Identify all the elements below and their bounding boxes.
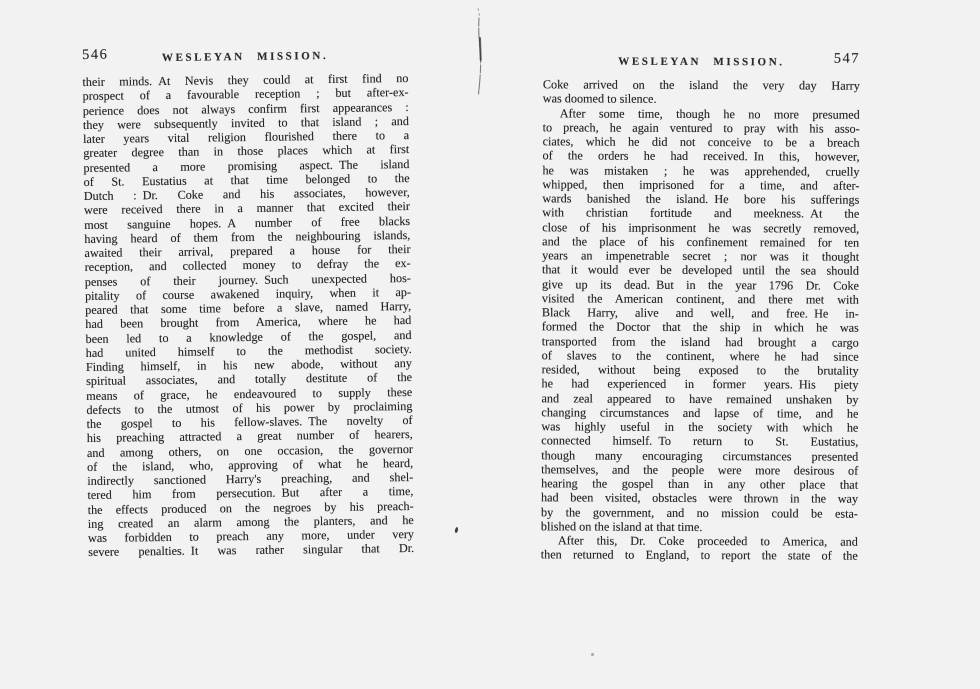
text-line: resided, without being exposed to the br…: [542, 362, 859, 378]
text-line: of the orders he had received. In this, …: [543, 149, 860, 165]
text-line: give up its dead. But in the year 1796 D…: [542, 277, 859, 293]
text-line: that it would ever be developed until th…: [542, 263, 859, 279]
ink-speck: [454, 527, 458, 533]
text-line: close of his imprisonment he was secretl…: [542, 220, 859, 236]
running-header: WESLEYAN MISSION.: [162, 50, 328, 64]
scanned-book-spread: { "colors": { "background": "#f2f2f3", "…: [0, 0, 980, 689]
text-line: and the place of his confinement remaine…: [542, 234, 859, 250]
ink-speck: [591, 653, 594, 656]
text-line: ciates, which he did not conceive to be …: [543, 134, 860, 150]
text-line: of slaves to the continent, where he had…: [542, 348, 859, 364]
text-line: he was mistaken ; he was apprehended, cr…: [542, 163, 859, 179]
binding-crease-mark: [468, 4, 492, 100]
text-line: by the government, and no mission could …: [541, 505, 858, 521]
page-547-header-row: WESLEYAN MISSION. 547: [543, 51, 860, 67]
text-line: then returned to England, to report the …: [541, 548, 858, 564]
page-number: 546: [82, 47, 108, 64]
text-line: to preach, he again ventured to pray wit…: [543, 120, 860, 136]
text-line: severe penalties. It was rather singular…: [88, 541, 414, 559]
page-546-text-column: their minds. At Nevis they could at firs…: [82, 71, 414, 559]
text-line: wards banished the island. He bore his s…: [542, 191, 859, 207]
page-546: 546 WESLEYAN MISSION. their minds. At Ne…: [82, 45, 414, 559]
text-line: with christian fortitude and meekness. A…: [542, 206, 859, 222]
text-line: formed the Doctor that the ship in which…: [542, 320, 859, 336]
text-line: Black Harry, alive and well, and free. H…: [542, 305, 859, 321]
text-line: was doomed to silence.: [543, 92, 860, 108]
text-line: hearing the gospel than in any other pla…: [541, 476, 858, 492]
page-547: WESLEYAN MISSION. 547 Coke arrived on th…: [541, 51, 860, 563]
text-line: whipped, then imprisoned for a time, and…: [542, 177, 859, 193]
text-line: had been visited, obstacles were thrown …: [541, 491, 858, 507]
page-546-header-row: 546 WESLEYAN MISSION.: [82, 45, 408, 64]
text-line: blished on the island at that time.: [541, 519, 858, 535]
text-line: changing circumstances and lapse of time…: [541, 405, 858, 421]
text-line: themselves, and the people were more des…: [541, 462, 858, 478]
running-header: WESLEYAN MISSION.: [618, 56, 784, 69]
page-547-text-column: Coke arrived on the island the very day …: [541, 77, 860, 563]
text-line: After this, Dr. Coke proceeded to Americ…: [541, 533, 858, 549]
text-line: he had experienced in former years. His …: [542, 377, 859, 393]
text-line: connected himself. To return to St. Eust…: [541, 434, 858, 450]
text-line: was highly useful in the society with wh…: [541, 419, 858, 435]
text-line: and zeal appeared to have remained unsha…: [541, 391, 858, 407]
text-line: visited the American continent, and ther…: [542, 291, 859, 307]
book-spread: 546 WESLEYAN MISSION. their minds. At Ne…: [0, 0, 980, 689]
text-line: After some time, though he no more presu…: [543, 106, 860, 122]
text-line: transported from the island had brought …: [542, 334, 859, 350]
page-number: 547: [834, 51, 860, 68]
text-line: years an impenetrable secret ; nor was i…: [542, 248, 859, 264]
text-line: Coke arrived on the island the very day …: [543, 77, 860, 93]
text-line: though many encouraging circumstances pr…: [541, 448, 858, 464]
